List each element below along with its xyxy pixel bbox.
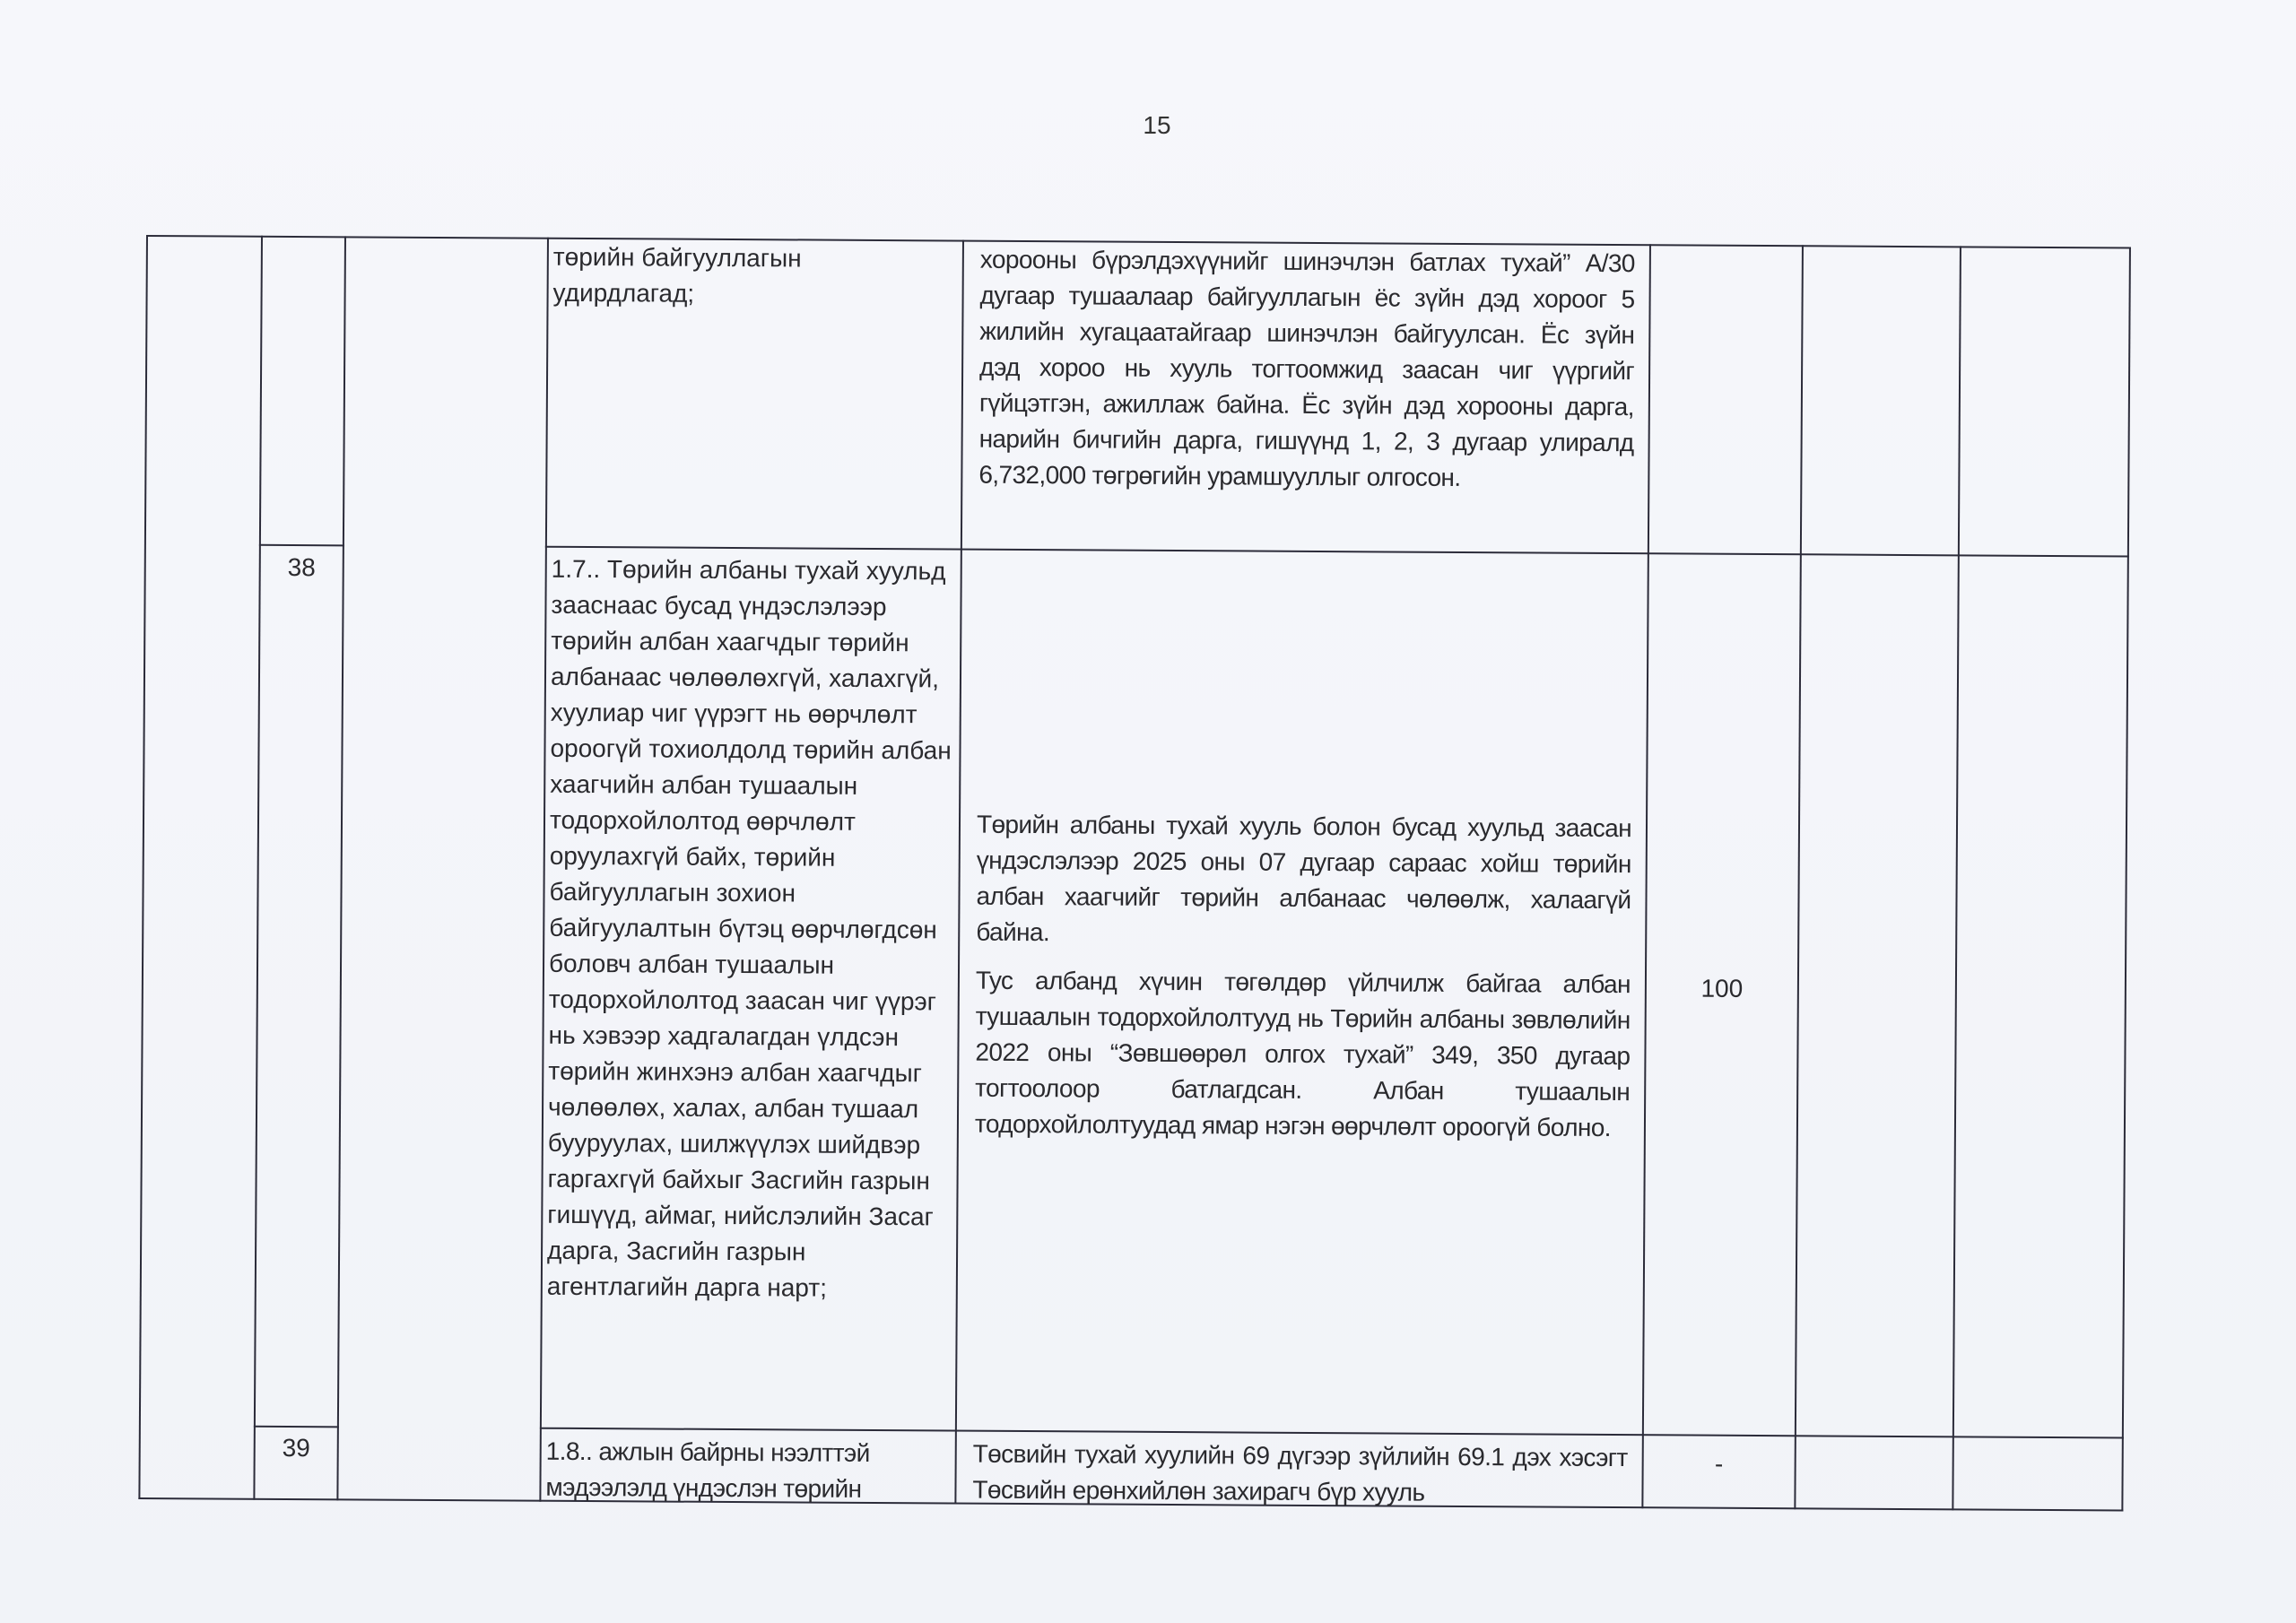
row-38-top-border-num xyxy=(259,544,344,547)
table-left-border xyxy=(138,235,148,1499)
continued-measure-text: төрийн байгууллагын удирдлагад; xyxy=(552,239,947,314)
table-right-border xyxy=(2121,247,2131,1512)
col-divider-5 xyxy=(1641,244,1651,1508)
document-page: 15 төрийн байгууллагын удирдлагад; хороо… xyxy=(0,0,2296,1623)
row-38-number: 38 xyxy=(261,550,343,586)
col-divider-1 xyxy=(253,236,263,1500)
row-39-top-border-num xyxy=(254,1426,339,1428)
row-39-measure-cell: 1.8.. ажлын байрны нээлттэй мэдээлэлд үн… xyxy=(545,1434,949,1508)
continued-implementation-text: хорооны бүрэлдэхүүнийг шинэчлэн батлах т… xyxy=(978,242,1635,497)
col-divider-3 xyxy=(539,238,549,1502)
row-39-implementation-cell: Төсвийн тухай хуулийн 69 дүгээр зүйлийн … xyxy=(972,1436,1627,1512)
row-39-number: 39 xyxy=(256,1430,337,1467)
continued-implementation-cell: хорооны бүрэлдэхүүнийг шинэчлэн батлах т… xyxy=(978,242,1635,497)
report-table: төрийн байгууллагын удирдлагад; хорооны … xyxy=(138,235,2131,1511)
row-39-score: - xyxy=(1644,1445,1795,1482)
row-38-measure-cell: 1.7.. Төрийн албаны тухай хуульд зааснаа… xyxy=(547,551,955,1307)
col-divider-2 xyxy=(336,236,346,1500)
row-38-measure-text: 1.7.. Төрийн албаны тухай хуульд зааснаа… xyxy=(547,551,955,1307)
row-38-score: 100 xyxy=(1647,970,1797,1007)
row-38-implementation-paragraph-1: Төрийн албаны тухай хууль болон бусад ху… xyxy=(976,807,1631,954)
col-divider-6 xyxy=(1794,245,1804,1509)
col-divider-4 xyxy=(954,240,964,1505)
continued-measure-cell: төрийн байгууллагын удирдлагад; xyxy=(552,239,947,314)
row-39-measure-text: 1.8.. ажлын байрны нээлттэй мэдээлэлд үн… xyxy=(545,1434,949,1508)
col-divider-7 xyxy=(1952,246,1961,1510)
row-39-implementation-text: Төсвийн тухай хуулийн 69 дүгээр зүйлийн … xyxy=(972,1436,1627,1512)
page-number: 15 xyxy=(1139,111,1175,140)
row-38-implementation-paragraph-2: Тус албанд хүчин төгөлдөр үйлчилж байгаа… xyxy=(975,963,1631,1146)
row-38-implementation-cell: Төрийн албаны тухай хууль болон бусад ху… xyxy=(975,807,1631,1146)
